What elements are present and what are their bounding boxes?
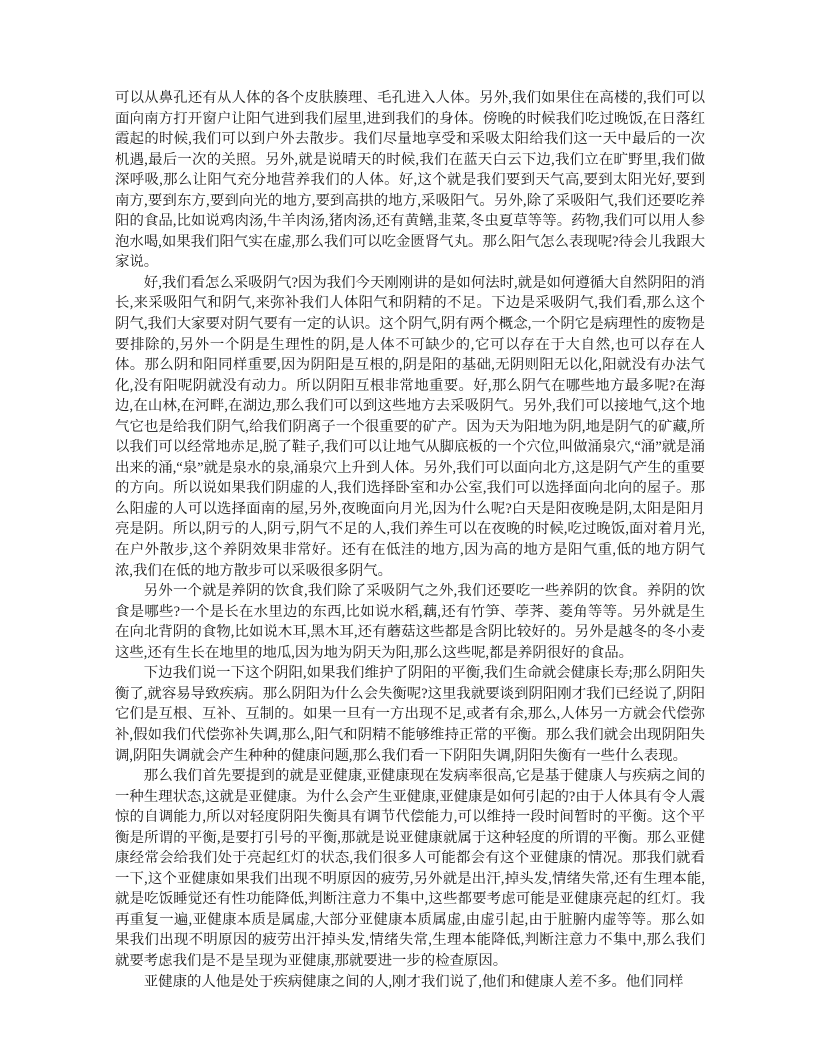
paragraph-subhealth: 那么我们首先要提到的就是亚健康,亚健康现在发病率很高,它是基于健康人与疾病之间的… xyxy=(115,766,705,971)
paragraph-caixi-yinqi: 好,我们看怎么采吸阴气?因为我们今天刚刚讲的是如何法时,就是如何遵循大自然阴阳的… xyxy=(115,273,705,581)
paragraph-subhealth-people: 亚健康的人他是处于疾病健康之间的人,刚才我们说了,他们和健康人差不多。他们同样 xyxy=(115,972,705,993)
paragraph-continuation-yang-qi: 可以从鼻孔还有从人体的各个皮肤腠理、毛孔进入人体。另外,我们如果住在高楼的,我们… xyxy=(115,88,705,273)
text-block: 可以从鼻孔还有从人体的各个皮肤腠理、毛孔进入人体。另外,我们如果住在高楼的,我们… xyxy=(115,88,705,992)
paragraph-yangyin-diet: 另外一个就是养阴的饮食,我们除了采吸阴气之外,我们还要吃一些养阴的饮食。养阴的饮… xyxy=(115,581,705,663)
document-page: 可以从鼻孔还有从人体的各个皮肤腠理、毛孔进入人体。另外,我们如果住在高楼的,我们… xyxy=(0,0,816,1056)
paragraph-yinyang-balance: 下边我们说一下这个阴阳,如果我们维护了阴阳的平衡,我们生命就会健康长寿;那么阴阳… xyxy=(115,663,705,766)
